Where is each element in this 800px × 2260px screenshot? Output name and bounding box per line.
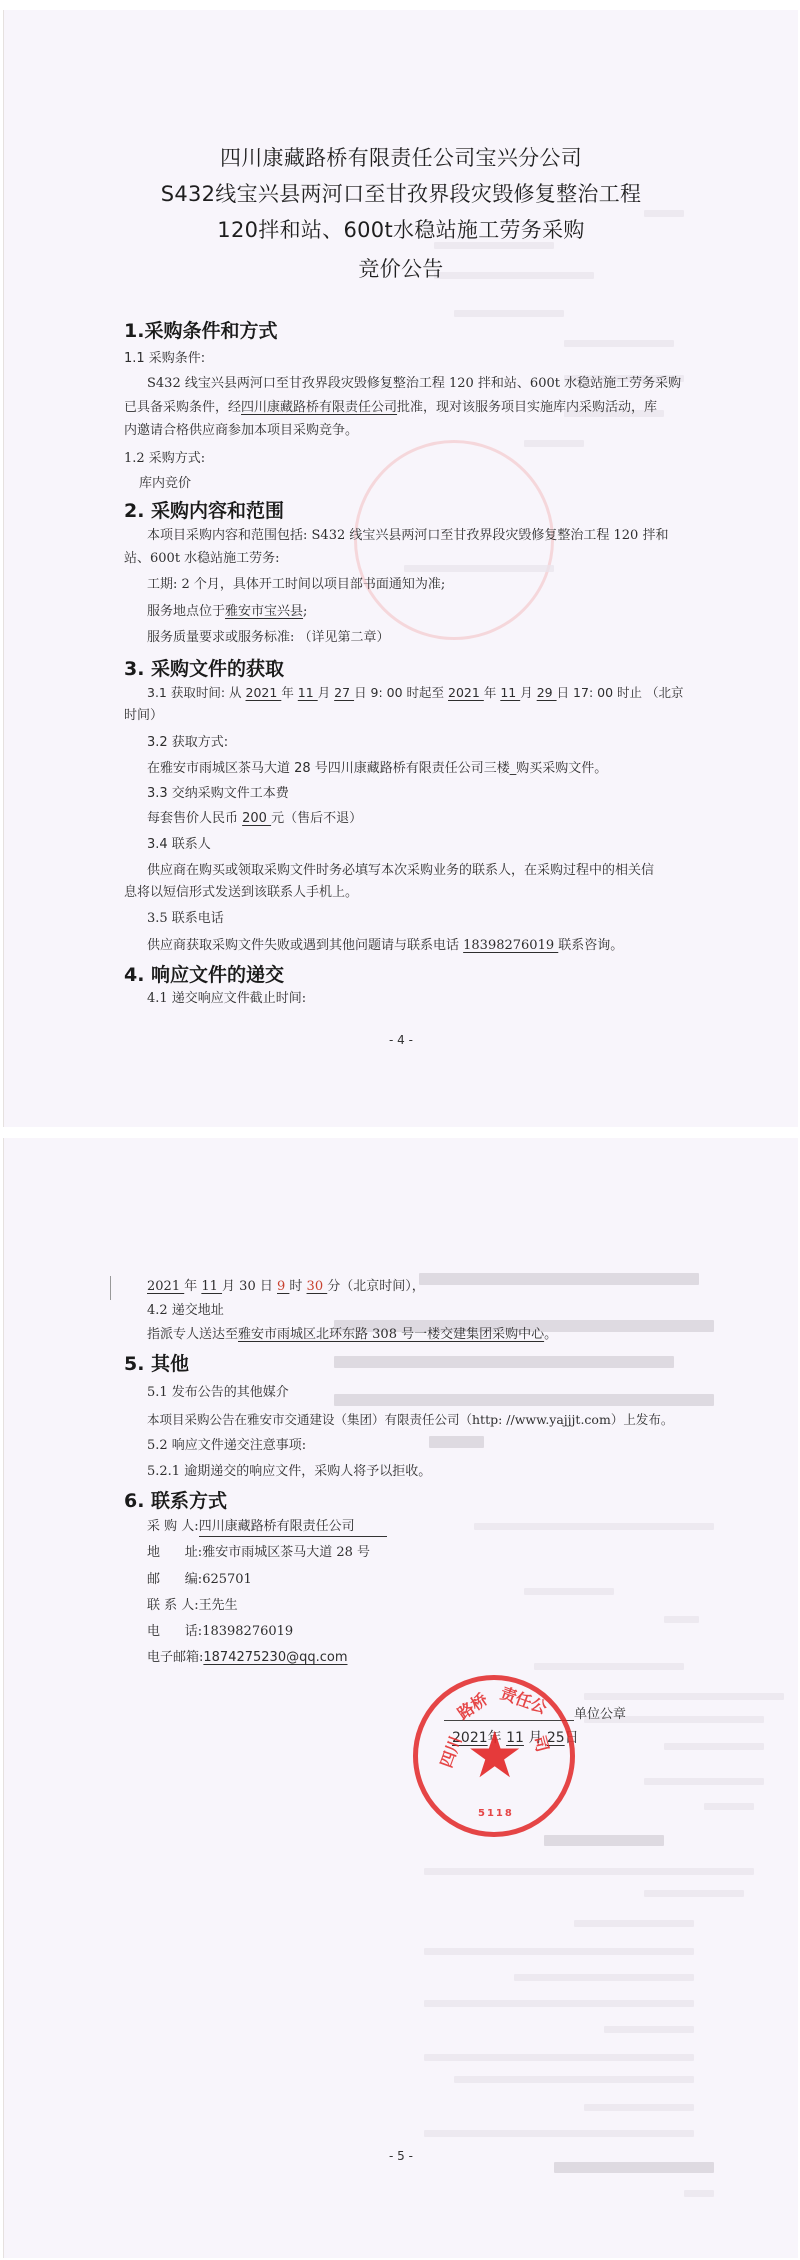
section-1-1-label: 1.1 采购条件: <box>124 348 205 369</box>
document-page-5: 2021 年 11 月 30 日 9 时 30 分（北京时间）， 4.2 递交地… <box>3 1138 798 2258</box>
contact-row: 联 系 人:王先生 <box>147 1595 238 1616</box>
contact-value: 王先生 <box>199 1598 238 1613</box>
bleed-through-text <box>334 1394 714 1406</box>
section-2-line-2: 站、600t 水稳站施工劳务: <box>124 548 280 569</box>
bleed-through-text <box>684 2190 714 2197</box>
section-2-line-1: 本项目采购内容和范围包括: S432 线宝兴县两河口至甘孜界段灾毁修复整治工程 … <box>147 525 668 546</box>
section-4-2-address: 指派专人送达至雅安市雨城区北环东路 308 号一楼交建集团采购中心。 <box>147 1324 557 1345</box>
purchaser-value: 四川康藏路桥有限责任公司 <box>199 1518 387 1537</box>
title-line-3: 120拌和站、600t水稳站施工劳务采购 <box>4 214 798 244</box>
bleed-through-text <box>524 440 584 447</box>
bleed-through-text <box>664 1743 764 1750</box>
address-row: 地 址:雅安市雨城区茶马大道 28 号 <box>147 1542 370 1563</box>
bleed-through-text <box>534 1663 684 1670</box>
margin-mark <box>110 1276 111 1300</box>
phone-row: 电 话:18398276019 <box>147 1621 293 1642</box>
company-link: 四川康藏路桥有限责任公司 <box>241 400 397 415</box>
bleed-through-text <box>424 2130 694 2137</box>
section-3-2-label: 3.2 获取方式: <box>147 732 228 753</box>
seal-label: 单位公章 <box>574 1704 626 1725</box>
section-3-heading: 3. 采购文件的获取 <box>124 654 284 681</box>
section-3-4-line-1: 供应商在购买或领取采购文件时务必填写本次采购业务的联系人，在采购过程中的相关信 <box>147 860 654 881</box>
stamp-text-left: 四川 <box>434 1733 467 1771</box>
page-number-5: - 5 - <box>4 2149 798 2163</box>
document-page-4: 四川康藏路桥有限责任公司宝兴分公司 S432线宝兴县两河口至甘孜界段灾毁修复整治… <box>3 10 798 1127</box>
bleed-through-text <box>644 1890 744 1897</box>
section-3-4-line-2: 息将以短信形式发送到该联系人手机上。 <box>124 882 358 903</box>
section-4-1-deadline: 2021 年 11 月 30 日 9 时 30 分（北京时间）， <box>147 1276 425 1297</box>
bleed-through-text <box>474 1523 714 1530</box>
delivery-address: 雅安市雨城区北环东路 308 号一楼交建集团采购中心 <box>238 1327 544 1342</box>
stamp-text-upper-right: 责任公 <box>498 1680 551 1718</box>
bleed-through-text <box>664 1616 699 1623</box>
purchaser-label: 采 购 人: <box>147 1519 199 1534</box>
section-3-5-phone-line: 供应商获取采购文件失败或遇到其他问题请与联系电话 18398276019 联系咨… <box>147 935 623 956</box>
section-1-1-line-2: 已具备采购条件，经四川康藏路桥有限责任公司批准，现对该服务项目实施库内采购活动，… <box>124 397 657 418</box>
title-line-1: 四川康藏路桥有限责任公司宝兴分公司 <box>4 142 798 172</box>
postcode-value: 625701 <box>202 1572 252 1587</box>
bleed-through-text <box>334 1356 674 1368</box>
section-4-2-label: 4.2 递交地址 <box>147 1300 224 1321</box>
bleed-through-text <box>424 1948 694 1955</box>
section-3-3-price: 每套售价人民币 200 元（售后不退） <box>147 808 362 829</box>
official-seal-stamp: ★ 四川 路桥 责任公 司 5118 <box>413 1675 575 1837</box>
postcode-label: 邮 编: <box>147 1572 202 1587</box>
star-icon: ★ <box>466 1724 523 1788</box>
email-row: 电子邮箱:1874275230@qq.com <box>147 1647 348 1668</box>
bleed-through-text <box>574 1920 694 1927</box>
phone-label: 电 话: <box>147 1624 202 1639</box>
bleed-through-text <box>424 2000 694 2007</box>
section-1-heading: 1.采购条件和方式 <box>124 316 277 343</box>
section-3-1-time: 3.1 获取时间: 从 2021 年 11 月 27 日 9: 00 时起至 2… <box>147 682 684 703</box>
section-4-1-label: 4.1 递交响应文件截止时间: <box>147 988 306 1009</box>
bleed-through-text <box>544 1835 664 1846</box>
section-5-1-label: 5.1 发布公告的其他媒介 <box>147 1382 289 1403</box>
bleed-through-text <box>584 1693 784 1700</box>
bleed-through-text <box>454 310 564 317</box>
section-3-4-label: 3.4 联系人 <box>147 834 211 855</box>
section-4-heading: 4. 响应文件的递交 <box>124 960 284 987</box>
section-1-2-label: 1.2 采购方式: <box>124 448 205 469</box>
bleed-through-text <box>644 1778 764 1785</box>
bleed-through-text <box>429 1436 484 1448</box>
section-2-location: 服务地点位于雅安市宝兴县; <box>147 601 307 622</box>
section-5-2-1: 5.2.1 逾期递交的响应文件，采购人将予以拒收。 <box>147 1461 431 1482</box>
title-line-4: 竞价公告 <box>4 253 798 283</box>
section-6-heading: 6. 联系方式 <box>124 1486 227 1513</box>
purchaser-row: 采 购 人:四川康藏路桥有限责任公司 <box>147 1516 387 1537</box>
bleed-through-text <box>564 340 674 347</box>
phone-value: 18398276019 <box>202 1624 293 1639</box>
bleed-through-text <box>514 1974 694 1981</box>
section-1-1-line-1: S432 线宝兴县两河口至甘孜界段灾毁修复整治工程 120 拌和站、600t 水… <box>147 373 681 394</box>
bleed-through-text <box>554 2162 714 2173</box>
stamp-text-right: 司 <box>529 1733 555 1754</box>
section-2-heading: 2. 采购内容和范围 <box>124 496 284 523</box>
bleed-through-text <box>584 2104 694 2111</box>
section-5-1-value: 本项目采购公告在雅安市交通建设（集团）有限责任公司（http: //www.ya… <box>147 1409 673 1430</box>
bleed-through-text <box>524 1588 614 1595</box>
postcode-row: 邮 编:625701 <box>147 1569 252 1590</box>
bleed-through-text <box>404 565 554 572</box>
bleed-through-text <box>604 2026 694 2033</box>
bleed-through-text <box>454 2076 694 2083</box>
bleed-through-text <box>704 1803 754 1810</box>
section-1-2-value: 库内竞价 <box>139 473 191 494</box>
section-2-period: 工期: 2 个月，具体开工时间以项目部书面通知为准; <box>147 574 445 595</box>
address-label: 地 址: <box>147 1545 202 1560</box>
title-line-2: S432线宝兴县两河口至甘孜界段灾毁修复整治工程 <box>4 178 798 208</box>
page-number-4: - 4 - <box>4 1033 798 1047</box>
contact-label: 联 系 人: <box>147 1598 199 1613</box>
section-2-quality: 服务质量要求或服务标准: （详见第二章） <box>147 627 390 648</box>
section-3-3-label: 3.3 交纳采购文件工本费 <box>147 783 289 804</box>
email-label: 电子邮箱: <box>147 1650 203 1665</box>
bleed-through-text <box>419 1273 699 1285</box>
bleed-through-text <box>424 2054 694 2061</box>
section-1-1-line-3: 内邀请合格供应商参加本项目采购竞争。 <box>124 420 358 441</box>
section-3-5-label: 3.5 联系电话 <box>147 908 224 929</box>
section-5-2-label: 5.2 响应文件递交注意事项: <box>147 1435 306 1456</box>
email-value: 1874275230@qq.com <box>203 1650 347 1665</box>
section-5-heading: 5. 其他 <box>124 1349 189 1376</box>
stamp-code: 5118 <box>478 1808 514 1819</box>
section-3-2-value: 在雅安市雨城区茶马大道 28 号四川康藏路桥有限责任公司三楼_购买采购文件。 <box>147 758 607 779</box>
bleed-through-text <box>424 1868 754 1875</box>
contact-phone: 18398276019 <box>463 938 558 953</box>
address-value: 雅安市雨城区茶马大道 28 号 <box>202 1545 370 1560</box>
section-3-1-line-2: 时间） <box>124 705 163 726</box>
